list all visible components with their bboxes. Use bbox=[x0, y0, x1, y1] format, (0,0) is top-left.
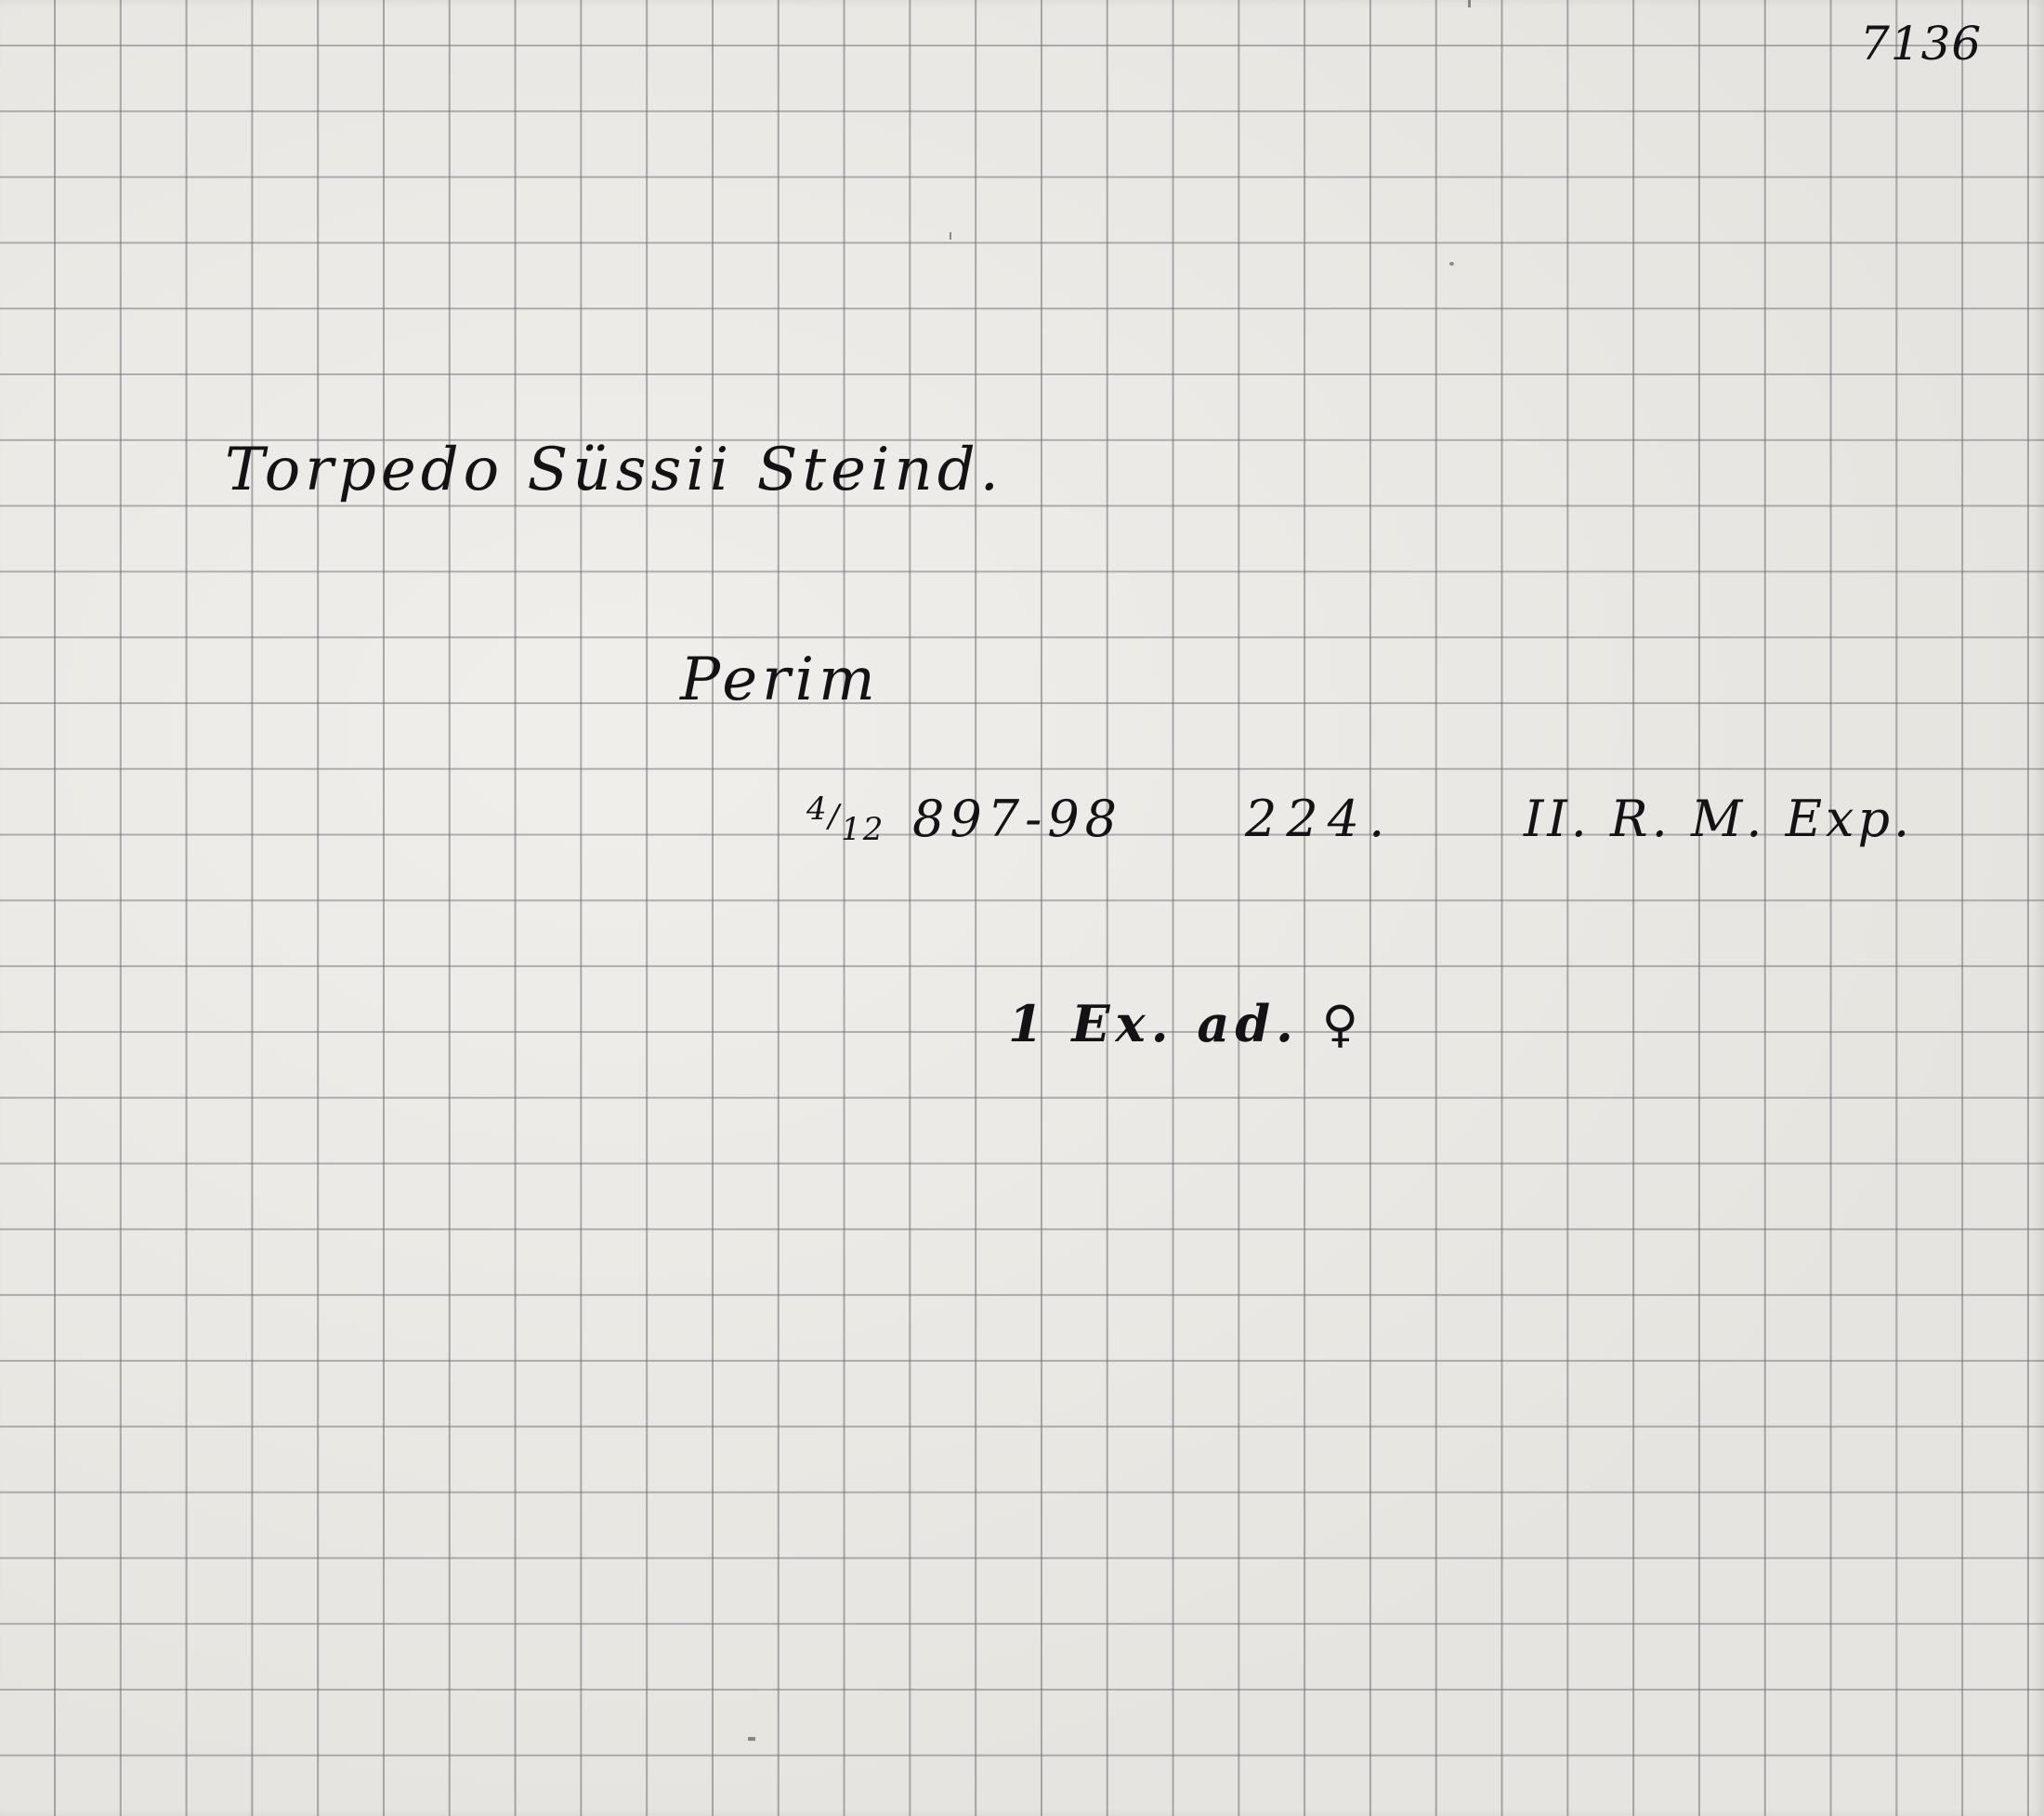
date-fraction-denominator: 12 bbox=[841, 811, 884, 848]
grid-paper-sheet: 7136 Torpedo Süssii Steind. Perim 4/12 8… bbox=[0, 0, 2044, 1816]
pencil-speck bbox=[748, 1737, 755, 1741]
expedition-name: II. R. M. Exp. bbox=[1524, 794, 1913, 844]
species-name: Torpedo Süssii Steind. bbox=[225, 440, 1003, 500]
pencil-speck bbox=[1468, 0, 1471, 7]
date-fraction-numerator: 4 bbox=[806, 790, 829, 828]
pencil-speck bbox=[950, 232, 951, 240]
catalog-number: 7136 bbox=[1860, 20, 1982, 67]
specimen-count: 1 Ex. ad. ♀ bbox=[1008, 999, 1364, 1049]
collection-date-fraction: 4/12 bbox=[806, 801, 884, 832]
fraction-slash: / bbox=[829, 798, 841, 835]
pencil-speck bbox=[1449, 262, 1454, 266]
register-number: 224. bbox=[1245, 794, 1394, 844]
locality: Perim bbox=[680, 650, 880, 710]
collection-date-year: 897-98 bbox=[912, 794, 1122, 844]
